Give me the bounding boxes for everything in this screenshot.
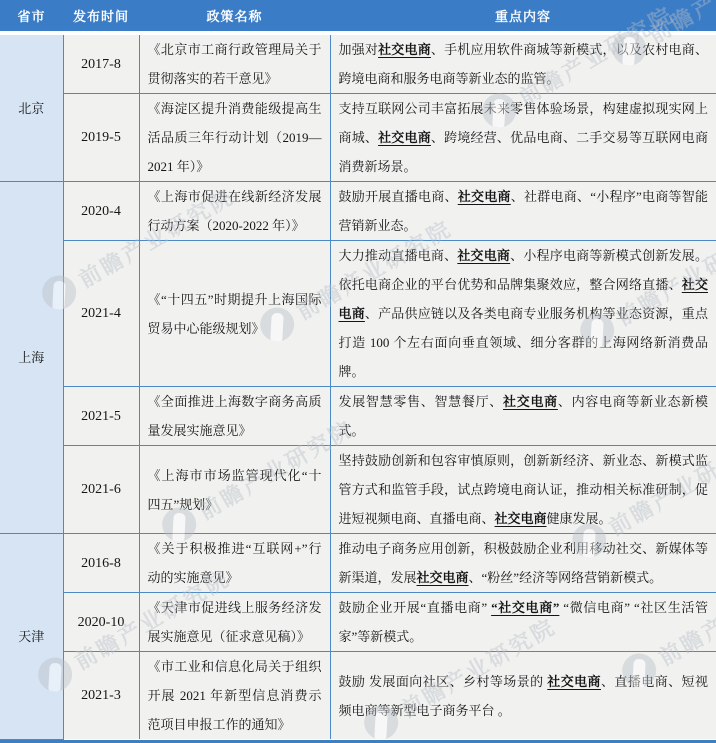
policy-table-page: 省市 发布时间 政策名称 重点内容 北京2017-8《北京市工商行政管理局关于贯…	[0, 0, 716, 743]
table-row: 2021-6《上海市市场监管现代化“十四五”规划》坚持鼓励创新和包容审慎原则，创…	[0, 446, 716, 534]
keyword-social-ecommerce: 社交电商	[457, 248, 510, 263]
table-row: 上海2020-4《上海市促进在线新经济发展行动方案（2020-2022 年）》鼓…	[0, 182, 716, 241]
keyword-social-ecommerce: 社交电商	[417, 570, 469, 585]
table-row: 2019-5《海淀区提升消费能级提高生活品质三年行动计划（2019—2021 年…	[0, 94, 716, 182]
policy-table: 北京2017-8《北京市工商行政管理局关于贯彻落实的若干意见》加强对社交电商、手…	[0, 35, 716, 740]
policy-name-cell: 《上海市市场监管现代化“十四五”规划》	[139, 446, 330, 534]
column-header-province: 省市	[0, 0, 63, 31]
content-cell: 推动电子商务应用创新，积极鼓励企业利用移动社交、新媒体等新渠道，发展社交电商、“…	[330, 534, 716, 593]
content-text: 、“粉丝”经济等网络营销新模式。	[469, 570, 663, 585]
content-cell: 加强对社交电商、手机应用软件商城等新模式，以及农村电商、跨境电商和服务电商等新业…	[330, 35, 716, 94]
policy-name-cell: 《上海市促进在线新经济发展行动方案（2020-2022 年）》	[139, 182, 330, 241]
keyword-social-ecommerce: 社交电商	[458, 189, 511, 204]
content-cell: 鼓励 发展面向社区、乡村等场景的 社交电商、直播电商、短视频电商等新型电子商务平…	[330, 652, 716, 740]
date-cell: 2017-8	[63, 35, 139, 94]
date-cell: 2021-6	[63, 446, 139, 534]
policy-name-cell: 《天津市促进线上服务经济发展实施意见（征求意见稿）》	[139, 593, 330, 652]
content-text: 发展智慧零售、智慧餐厅、	[339, 394, 504, 409]
content-text: 、产品供应链以及各类电商专业服务机构等业态资源，重点打造 100 个左右面向垂直…	[339, 306, 709, 379]
content-text: 加强对	[339, 42, 379, 57]
table-header: 省市 发布时间 政策名称 重点内容	[0, 0, 716, 31]
policy-name-cell: 《海淀区提升消费能级提高生活品质三年行动计划（2019—2021 年）》	[139, 94, 330, 182]
column-header-key-content: 重点内容	[330, 0, 716, 31]
policy-name-cell: 《北京市工商行政管理局关于贯彻落实的若干意见》	[139, 35, 330, 94]
policy-name-cell: 《全面推进上海数字商务高质量发展实施意见》	[139, 387, 330, 446]
content-cell: 支持互联网公司丰富拓展未来零售体验场景，构建虚拟现实网上商城、社交电商、跨境经营…	[330, 94, 716, 182]
column-header-date: 发布时间	[63, 0, 139, 31]
date-cell: 2021-5	[63, 387, 139, 446]
content-cell: 大力推动直播电商、社交电商、小程序电商等新模式创新发展。依托电商企业的平台优势和…	[330, 241, 716, 387]
content-cell: 鼓励企业开展“直播电商” “社交电商” “微信电商” “社区生活管家”等新模式。	[330, 593, 716, 652]
date-cell: 2020-4	[63, 182, 139, 241]
content-cell: 鼓励开展直播电商、社交电商、社群电商、“小程序”电商等智能营销新业态。	[330, 182, 716, 241]
content-text: 鼓励开展直播电商、	[339, 189, 458, 204]
table-row: 天津2016-8《关于积极推进“互联网+”行动的实施意见》推动电子商务应用创新，…	[0, 534, 716, 593]
keyword-social-ecommerce: 社交电商	[378, 130, 431, 145]
table-row: 2020-10《天津市促进线上服务经济发展实施意见（征求意见稿）》鼓励企业开展“…	[0, 593, 716, 652]
content-text: 鼓励 发展面向社区、乡村等场景的	[339, 674, 548, 689]
province-cell: 天津	[0, 534, 63, 740]
date-cell: 2016-8	[63, 534, 139, 593]
table-row: 2021-3《市工业和信息化局关于组织开展 2021 年新型信息消费示范项目申报…	[0, 652, 716, 740]
date-cell: 2019-5	[63, 94, 139, 182]
date-cell: 2020-10	[63, 593, 139, 652]
column-header-policy-name: 政策名称	[139, 0, 330, 31]
content-text: 大力推动直播电商、	[339, 248, 458, 263]
date-cell: 2021-3	[63, 652, 139, 740]
date-cell: 2021-4	[63, 241, 139, 387]
content-text: 健康发展。	[547, 511, 612, 526]
table-row: 2021-5《全面推进上海数字商务高质量发展实施意见》发展智慧零售、智慧餐厅、社…	[0, 387, 716, 446]
content-text: 鼓励企业开展“直播电商”	[339, 600, 492, 615]
province-cell: 北京	[0, 35, 63, 182]
policy-name-cell: 《市工业和信息化局关于组织开展 2021 年新型信息消费示范项目申报工作的通知》	[139, 652, 330, 740]
content-cell: 坚持鼓励创新和包容审慎原则，创新新经济、新业态、新模式监管方式和监管手段，试点跨…	[330, 446, 716, 534]
content-cell: 发展智慧零售、智慧餐厅、社交电商、内容电商等新业态新模式。	[330, 387, 716, 446]
table-row: 2021-4《“十四五”时期提升上海国际贸易中心能级规划》大力推动直播电商、社交…	[0, 241, 716, 387]
keyword-social-ecommerce: “社交电商”	[491, 600, 559, 615]
policy-name-cell: 《关于积极推进“互联网+”行动的实施意见》	[139, 534, 330, 593]
keyword-social-ecommerce: 社交电商	[495, 511, 547, 526]
policy-name-cell: 《“十四五”时期提升上海国际贸易中心能级规划》	[139, 241, 330, 387]
keyword-social-ecommerce: 社交电商	[547, 674, 601, 689]
table-row: 北京2017-8《北京市工商行政管理局关于贯彻落实的若干意见》加强对社交电商、手…	[0, 35, 716, 94]
province-cell: 上海	[0, 182, 63, 534]
keyword-social-ecommerce: 社交电商	[378, 42, 431, 57]
policy-table-body: 北京2017-8《北京市工商行政管理局关于贯彻落实的若干意见》加强对社交电商、手…	[0, 35, 716, 739]
keyword-social-ecommerce: 社交电商	[503, 394, 558, 409]
